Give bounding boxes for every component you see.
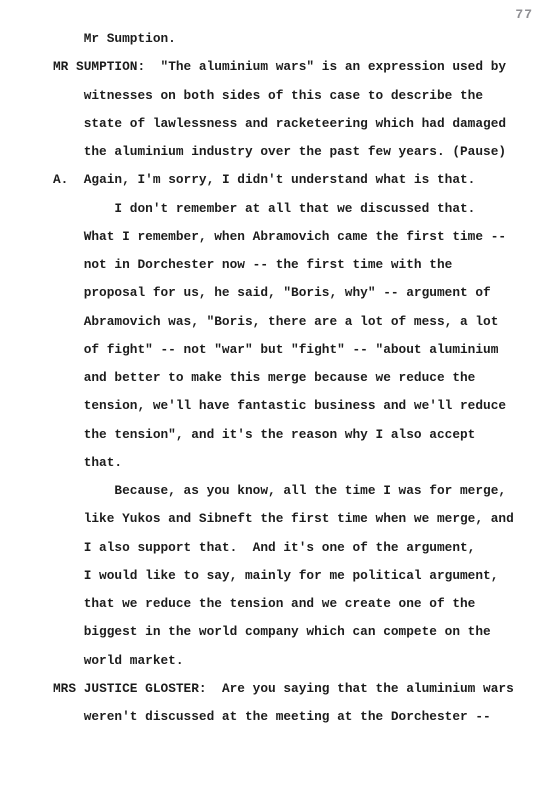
transcript-line: I don't remember at all that we discusse… [53, 195, 548, 223]
transcript-line: that. [53, 449, 548, 477]
page-number: 77 [515, 7, 533, 22]
transcript-line: Because, as you know, all the time I was… [53, 477, 548, 505]
transcript-page: 77 Mr Sumption.MR SUMPTION: "The alumini… [0, 0, 558, 789]
transcript-line: I would like to say, mainly for me polit… [53, 562, 548, 590]
transcript-line: witnesses on both sides of this case to … [53, 82, 548, 110]
transcript-line: not in Dorchester now -- the first time … [53, 251, 548, 279]
transcript-line: like Yukos and Sibneft the first time wh… [53, 505, 548, 533]
transcript-line: the aluminium industry over the past few… [53, 138, 548, 166]
transcript-line: MR SUMPTION: "The aluminium wars" is an … [53, 53, 548, 81]
transcript-line: of fight" -- not "war" but "fight" -- "a… [53, 336, 548, 364]
transcript-line: that we reduce the tension and we create… [53, 590, 548, 618]
transcript-line: world market. [53, 647, 548, 675]
transcript-line: MRS JUSTICE GLOSTER: Are you saying that… [53, 675, 548, 703]
transcript-line: state of lawlessness and racketeering wh… [53, 110, 548, 138]
transcript-line: Abramovich was, "Boris, there are a lot … [53, 308, 548, 336]
transcript-line: and better to make this merge because we… [53, 364, 548, 392]
transcript-line: A. Again, I'm sorry, I didn't understand… [53, 166, 548, 194]
transcript-line: What I remember, when Abramovich came th… [53, 223, 548, 251]
transcript-line: Mr Sumption. [53, 25, 548, 53]
transcript-line: weren't discussed at the meeting at the … [53, 703, 548, 731]
transcript-line: tension, we'll have fantastic business a… [53, 392, 548, 420]
transcript-line: I also support that. And it's one of the… [53, 534, 548, 562]
transcript-line: biggest in the world company which can c… [53, 618, 548, 646]
transcript-line: the tension", and it's the reason why I … [53, 421, 548, 449]
transcript-lines: Mr Sumption.MR SUMPTION: "The aluminium … [53, 25, 548, 731]
transcript-line: proposal for us, he said, "Boris, why" -… [53, 279, 548, 307]
